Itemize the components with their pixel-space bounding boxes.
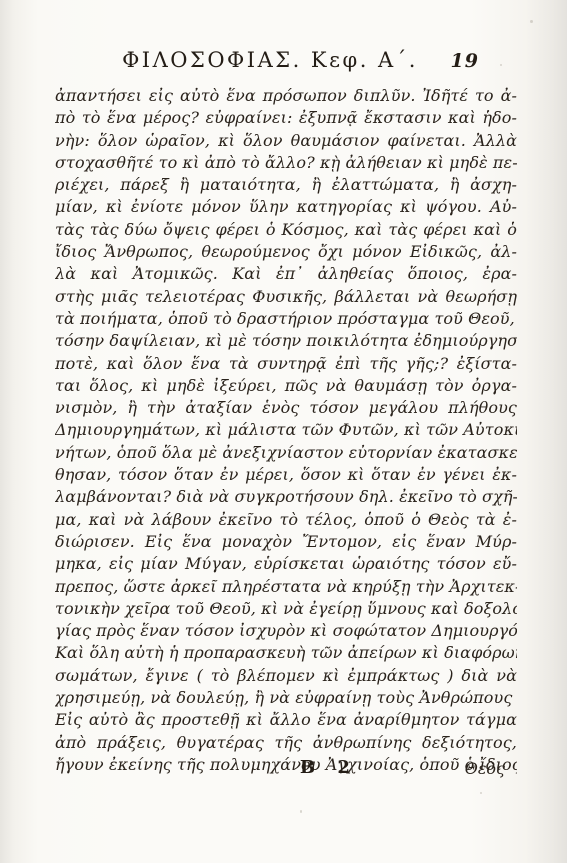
text-line: Καὶ ὅλη αὐτὴ ἡ προπαρασκευὴ τῶν ἀπείρων … xyxy=(55,642,517,664)
text-line: στὴς μιᾶς τελειοτέρας Φυσικῆς, βάλλεται … xyxy=(55,286,517,308)
text-line: ἴδιος Ἄνθρωπος, θεωρούμενος ὄχι μόνον Εἰ… xyxy=(55,241,517,263)
text-line: θησαν, τόσον ὅταν ἐν μέρει, ὅσον κὶ ὅταν… xyxy=(55,464,517,486)
body-text-block: ἀπαντήσει εἰς αὐτὸ ἕνα πρόσωπον διπλῦν. … xyxy=(55,85,517,776)
page-number: 19 xyxy=(451,50,479,72)
text-line: γίας πρὸς ἕναν τόσον ἰσχυρὸν κὶ σοφώτατο… xyxy=(55,620,517,642)
text-line: νὴν: ὅλον ὡραῖον, κὶ ὅλον θαυμάσιον φαίν… xyxy=(55,130,517,152)
text-line: πὸ τὸ ἕνα μέρος? εὐφραίνει: ἐξυπνᾷ ἔκστα… xyxy=(55,107,517,129)
text-line: λαμβάνονται? διὰ νὰ συγκροτήσουν δηλ. ἐκ… xyxy=(55,486,517,508)
text-line: ριέχει, πάρεξ ἢ ματαιότητα, ἢ ἐλαττώματα… xyxy=(55,174,517,196)
scan-speck xyxy=(530,20,533,23)
text-line: Εἰς αὐτὸ ἂς προστεθῇ κὶ ἄλλο ἕνα ἀναρίθμ… xyxy=(55,709,517,731)
text-line: ποτὲ, καὶ ὅλον ἕνα τὰ συντηρᾷ ἐπὶ τῆς γῆ… xyxy=(55,353,517,375)
text-line: νήτων, ὁποῦ ὅλα μὲ ἀνεξιχνίαστον εὐτορνί… xyxy=(55,442,517,464)
text-line: μηκα, εἰς μίαν Μύγαν, εὑρίσκεται ὡραιότη… xyxy=(55,553,517,575)
text-line: νισμὸν, ἢ τὴν ἀταξίαν ἑνὸς τόσον μεγάλου… xyxy=(55,397,517,419)
scan-speck xyxy=(300,810,302,813)
signature-mark: Β 2 xyxy=(300,757,350,778)
page-footer: Β 2 Θεὸς xyxy=(55,757,517,781)
text-line: τονικὴν χεῖρα τοῦ Θεοῦ, κὶ νὰ ἐγείρῃ ὕμν… xyxy=(55,598,517,620)
text-line: ἀπαντήσει εἰς αὐτὸ ἕνα πρόσωπον διπλῦν. … xyxy=(55,85,517,107)
text-line: ἀπὸ πράξεις, θυγατέρας τῆς ἀνθρωπίνης δε… xyxy=(55,732,517,754)
catchword: Θεὸς xyxy=(465,759,505,778)
text-line: μίαν, κὶ ἐνίοτε μόνον ὕλην κατηγορίας κὶ… xyxy=(55,196,517,218)
text-line: τὰς τὰς δύω ὄψεις φέρει ὁ Κόσμος, καὶ τὰ… xyxy=(55,219,517,241)
scan-speck xyxy=(500,64,502,66)
text-line: χρησιμεύῃ, νὰ δουλεύῃ, ἢ νὰ εὐφραίνῃ τοὺ… xyxy=(55,687,517,709)
text-line: τόσην δαψίλειαν, κὶ μὲ τόσην ποικιλότητα… xyxy=(55,330,517,352)
text-line: σωμάτων, ἔγινε ( τὸ βλέπομεν κὶ ἐμπράκτω… xyxy=(55,665,517,687)
text-line: ται ὅλος, κὶ μηδὲ ἰξεύρει, πῶς νὰ θαυμάσ… xyxy=(55,375,517,397)
text-line: λὰ καὶ Ἀτομικῶς. Καὶ ἐπ᾿ ἀληθείας ὅποιος… xyxy=(55,263,517,285)
scanned-book-page: ΦΙΛΟΣΟΦΙΑΣ. Κεφ. Α´. 19 ἀπαντήσει εἰς αὐ… xyxy=(0,0,567,863)
text-line: Δημιουργημάτων, κὶ μάλιστα τῶν Φυτῶν, κὶ… xyxy=(55,419,517,441)
text-line: διώρισεν. Εἰς ἕνα μοναχὸν Ἔντομον, εἰς ἕ… xyxy=(55,531,517,553)
running-header-title: ΦΙΛΟΣΟΦΙΑΣ. Κεφ. Α´. xyxy=(120,48,420,72)
scan-speck xyxy=(480,792,482,794)
text-line: μα, καὶ νὰ λάβουν ἐκεῖνο τὸ τέλος, ὁποῦ … xyxy=(55,509,517,531)
text-line: τὰ ποιήματα, ὁποῦ τὸ δραστήριον πρόσταγμ… xyxy=(55,308,517,330)
text-line: στοχασθῆτέ το κὶ ἀπὸ τὸ ἄλλο? κῂ ἀλήθεια… xyxy=(55,152,517,174)
text-line: πρεπος, ὥστε ἀρκεῖ πληρέστατα νὰ κηρύξῃ … xyxy=(55,576,517,598)
